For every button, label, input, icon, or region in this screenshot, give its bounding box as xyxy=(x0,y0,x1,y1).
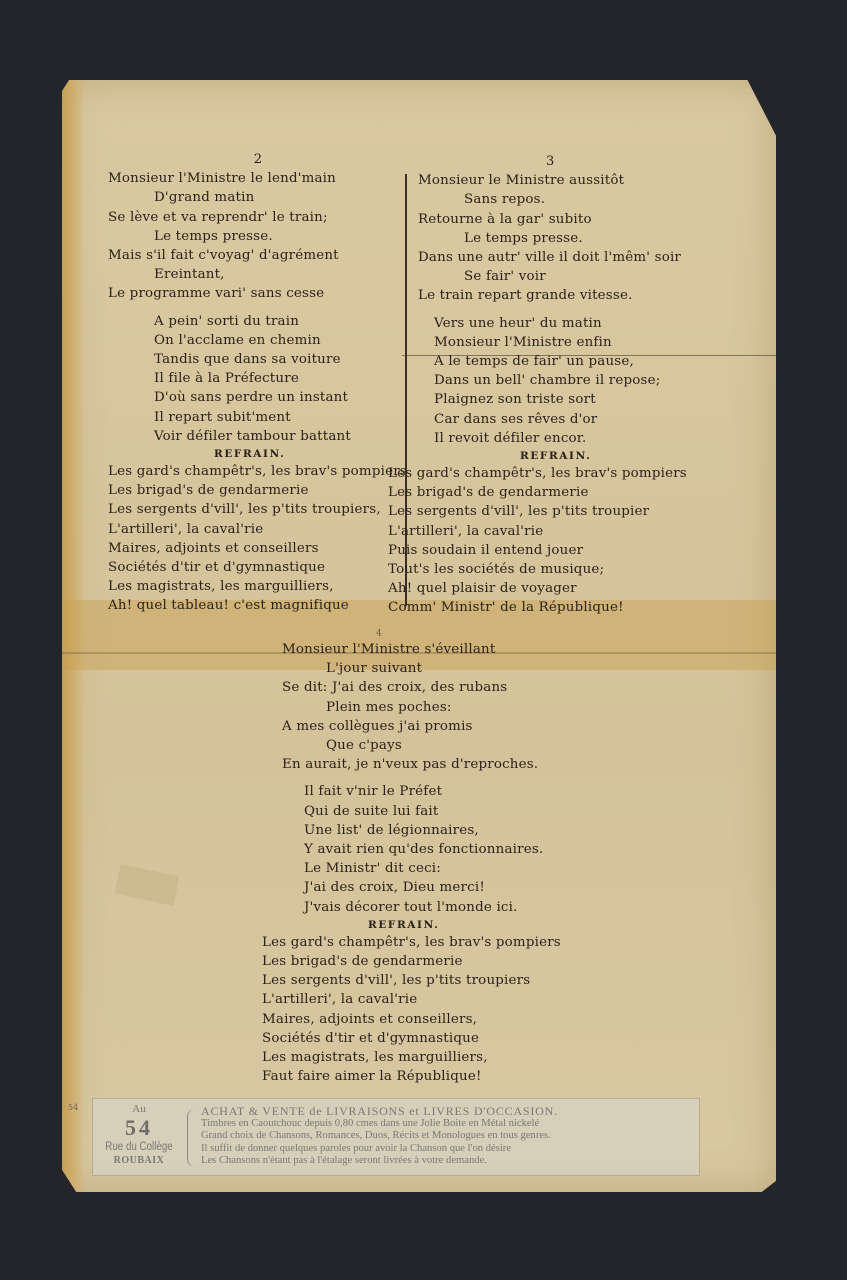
refrain-line: Les gard's champêtr's, les brav's pompie… xyxy=(108,462,408,481)
lyric-line: Monsieur l'Ministre enfin xyxy=(418,333,738,352)
lyric-line: Il file à la Préfecture xyxy=(108,369,408,388)
lyric-line: Plaignez son triste sort xyxy=(418,390,738,409)
lyric-line: Voir défiler tambour battant xyxy=(108,427,408,446)
lyric-line: Dans un bell' chambre il repose; xyxy=(418,371,738,390)
lyric-line: Y avait rien qu'des fonctionnaires. xyxy=(262,840,582,859)
lyric-line: A le temps de fair' un pause, xyxy=(418,352,738,371)
lyric-line: Une list' de légionnaires, xyxy=(262,821,582,840)
stamp-street-number: 54 xyxy=(93,1116,185,1140)
refrain-label: REFRAIN. xyxy=(108,446,408,462)
lyric-line: Le train repart grande vitesse. xyxy=(418,286,738,305)
lyric-line: Vers une heur' du matin xyxy=(418,314,738,333)
refrain-line: Faut faire aimer la République! xyxy=(262,1067,582,1086)
stamp-advert: ACHAT & VENTE de LIVRAISONS et LIVRES D'… xyxy=(201,1105,695,1168)
lyric-line: Tandis que dans sa voiture xyxy=(108,350,408,369)
refrain-line: L'artilleri', la caval'rie xyxy=(108,520,408,539)
lyric-line: J'vais décorer tout l'monde ici. xyxy=(262,898,582,917)
verse-number: 2 xyxy=(108,150,408,169)
stamp-address: Au 54 Rue du Collège ROUBAIX xyxy=(93,1103,185,1168)
refrain-line: Les magistrats, les marguilliers, xyxy=(108,577,408,596)
refrain-line: L'artilleri', la caval'rie xyxy=(262,990,582,1009)
lyric-line: Il fait v'nir le Préfet xyxy=(262,782,582,801)
lyric-line: Le temps presse. xyxy=(418,229,738,248)
refrain-line: Les sergents d'vill', les p'tits troupie… xyxy=(108,500,408,519)
lyric-line: D'grand matin xyxy=(108,188,408,207)
refrain-line: Les brigad's de gendarmerie xyxy=(388,483,738,502)
lyric-line: Il repart subit'ment xyxy=(108,408,408,427)
lyric-line: Sans repos. xyxy=(418,190,738,209)
lyric-line: L'jour suivant xyxy=(262,659,582,678)
lyric-line: J'ai des croix, Dieu merci! xyxy=(262,878,582,897)
lyric-line: Qui de suite lui fait xyxy=(262,802,582,821)
refrain-line: Ah! quel tableau! c'est magnifique xyxy=(108,596,408,615)
lyric-line: Monsieur le Ministre aussitôt xyxy=(418,171,738,190)
lyric-line: Il revoit défiler encor. xyxy=(418,429,738,448)
refrain-line: Sociétés d'tir et d'gymnastique xyxy=(108,558,408,577)
verse-4: 4 Monsieur l'Ministre s'éveillant L'jour… xyxy=(262,628,582,1086)
refrain-line: Les gard's champêtr's, les brav's pompie… xyxy=(262,933,582,952)
refrain-label: REFRAIN. xyxy=(262,917,582,933)
refrain-line: Maires, adjoints et conseillers, xyxy=(262,1010,582,1029)
lyric-line: Le temps presse. xyxy=(108,227,408,246)
lyric-line: Se lève et va reprendr' le train; xyxy=(108,208,408,227)
refrain-line: Puis soudain il entend jouer xyxy=(388,541,738,560)
lyric-line: D'où sans perdre un instant xyxy=(108,388,408,407)
lyric-line: Monsieur l'Ministre s'éveillant xyxy=(262,640,582,659)
lyric-line: Le Ministr' dit ceci: xyxy=(262,859,582,878)
lyric-line: Se fair' voir xyxy=(418,267,738,286)
refrain-line: Sociétés d'tir et d'gymnastique xyxy=(262,1029,582,1048)
refrain-line: Les gard's champêtr's, les brav's pompie… xyxy=(388,464,738,483)
lyric-line: En aurait, je n'veux pas d'reproches. xyxy=(262,755,582,774)
lyric-line: A mes collègues j'ai promis xyxy=(262,717,582,736)
lyric-line: Ereintant, xyxy=(108,265,408,284)
refrain-line: Les brigad's de gendarmerie xyxy=(262,952,582,971)
stamp-side-number: 54 xyxy=(68,1103,78,1112)
refrain-line: L'artilleri', la caval'rie xyxy=(388,522,738,541)
lyric-line: Dans une autr' ville il doit l'mêm' soir xyxy=(418,248,738,267)
refrain-line: Maires, adjoints et conseillers xyxy=(108,539,408,558)
refrain-line: Ah! quel plaisir de voyager xyxy=(388,579,738,598)
refrain-line: Les brigad's de gendarmerie xyxy=(108,481,408,500)
torn-edge xyxy=(115,864,180,906)
bookseller-stamp: Au 54 Rue du Collège ROUBAIX ACHAT & VEN… xyxy=(92,1098,700,1176)
stamp-line: Les Chansons n'étant pas à l'étalage ser… xyxy=(201,1155,695,1168)
lyric-line: On l'acclame en chemin xyxy=(108,331,408,350)
stamp-street: Rue du Collège xyxy=(100,1140,178,1154)
song-sheet: 2 Monsieur l'Ministre le lend'main D'gra… xyxy=(62,80,776,1192)
verse-3: 3 Monsieur le Ministre aussitôt Sans rep… xyxy=(418,152,738,618)
refrain-line: Tout's les sociétés de musique; xyxy=(388,560,738,579)
stamp-line: Grand choix de Chansons, Romances, Duos,… xyxy=(201,1130,695,1143)
lyric-line: Se dit: J'ai des croix, des rubans xyxy=(262,678,582,697)
refrain-label: REFRAIN. xyxy=(418,448,738,464)
lyric-line: Car dans ses rêves d'or xyxy=(418,410,738,429)
stamp-headline: ACHAT & VENTE de LIVRAISONS et LIVRES D'… xyxy=(201,1105,695,1118)
stamp-line: Timbres en Caoutchouc depuis 0,80 cmes d… xyxy=(201,1118,695,1131)
refrain-line: Les magistrats, les marguilliers, xyxy=(262,1048,582,1067)
stamp-city: ROUBAIX xyxy=(93,1154,185,1168)
lyric-line: Le programme vari' sans cesse xyxy=(108,284,408,303)
verse-2: 2 Monsieur l'Ministre le lend'main D'gra… xyxy=(108,150,408,616)
lyric-line: Que c'pays xyxy=(262,736,582,755)
lyric-line: Mais s'il fait c'voyag' d'agrément xyxy=(108,246,408,265)
lyric-line: A pein' sorti du train xyxy=(108,312,408,331)
verse-number: 3 xyxy=(418,152,738,171)
brace-icon xyxy=(187,1109,196,1167)
refrain-line: Les sergents d'vill', les p'tits troupie… xyxy=(388,502,738,521)
verse-number: 4 xyxy=(376,628,582,640)
refrain-line: Comm' Ministr' de la République! xyxy=(388,598,738,617)
lyric-line: Retourne à la gar' subito xyxy=(418,210,738,229)
lyric-line: Plein mes poches: xyxy=(262,698,582,717)
refrain-line: Les sergents d'vill', les p'tits troupie… xyxy=(262,971,582,990)
stamp-line: Il suffit de donner quelques paroles pou… xyxy=(201,1143,695,1156)
lyric-line: Monsieur l'Ministre le lend'main xyxy=(108,169,408,188)
